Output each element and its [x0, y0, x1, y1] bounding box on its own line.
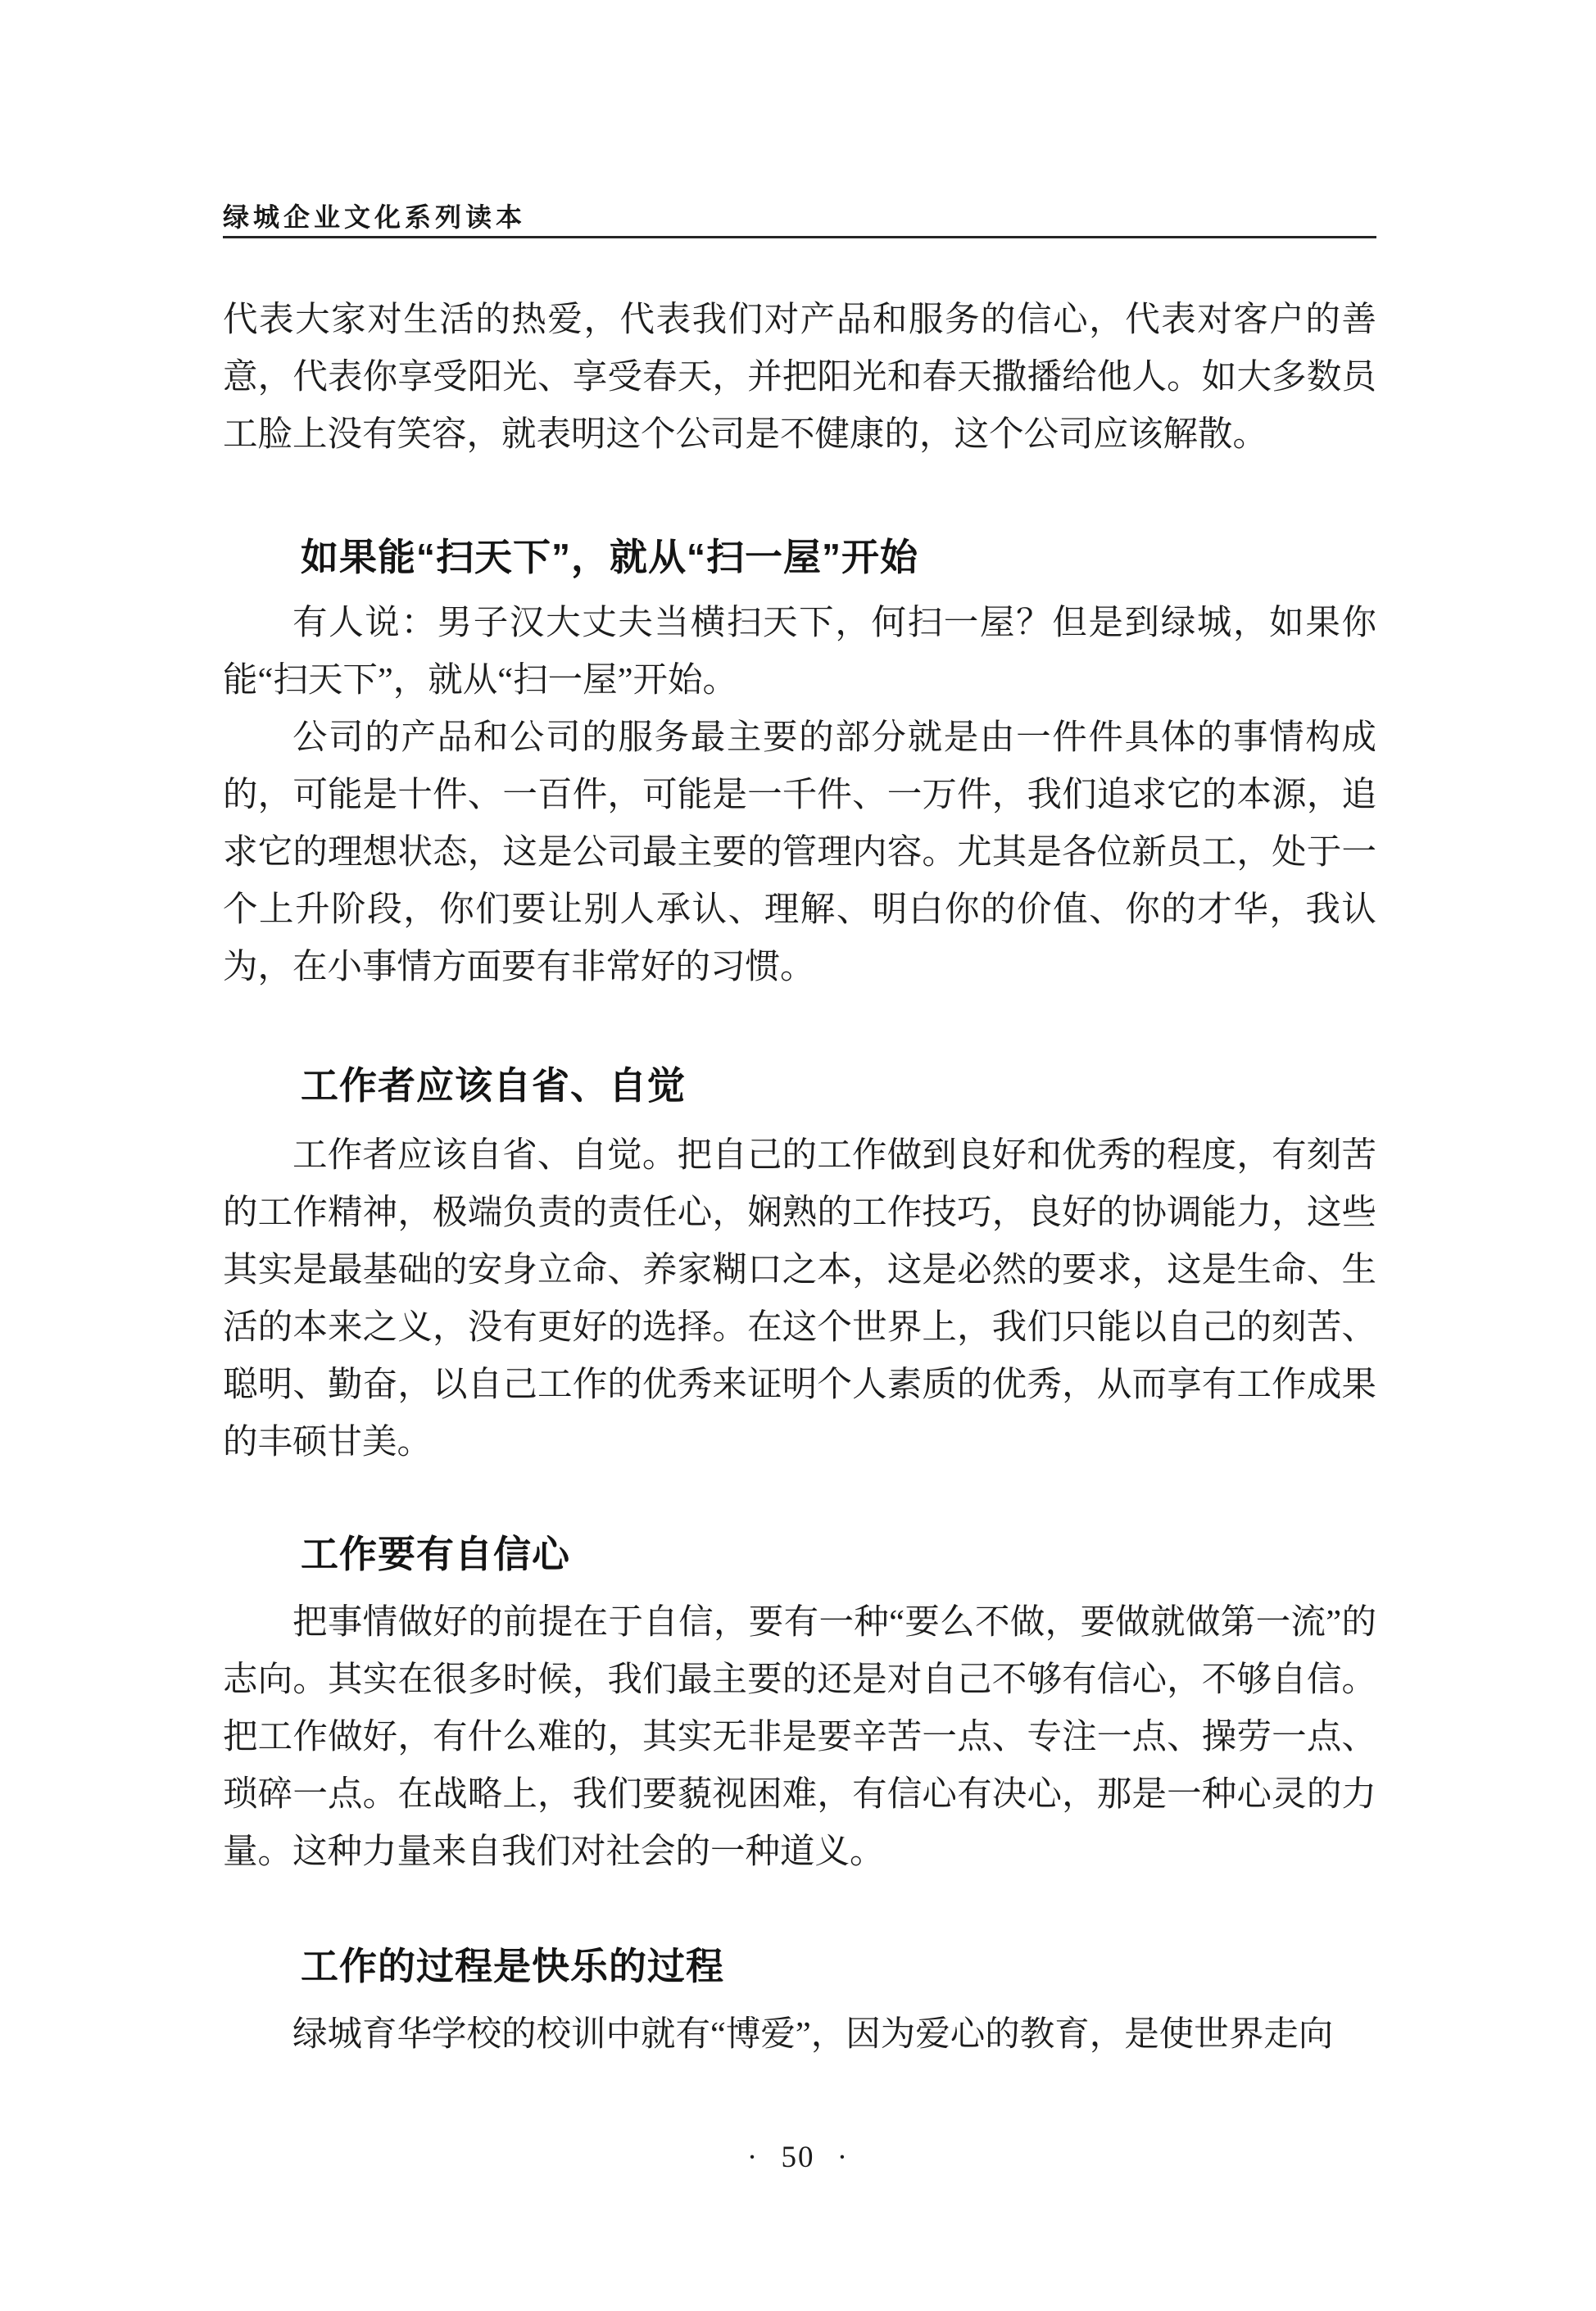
section-self-reflect-paragraphs: 工作者应该自省、自觉。把自己的工作做到良好和优秀的程度，有刻苦的工作精神，极端负… [223, 1127, 1376, 1471]
paragraph: 公司的产品和公司的服务最主要的部分就是由一件件具体的事情构成的，可能是十件、一百… [223, 709, 1376, 996]
section-heading-self-reflect: 工作者应该自省、自觉 [301, 1065, 686, 1106]
section-heading-confidence: 工作要有自信心 [301, 1534, 570, 1575]
paragraph: 有人说：男子汉大丈夫当横扫天下，何扫一屋？但是到绿城，如果你能“扫天下”，就从“… [223, 595, 1376, 709]
paragraph: 绿城育华学校的校训中就有“博爱”，因为爱心的教育，是使世界走向 [223, 2006, 1376, 2064]
section-confidence-paragraphs: 把事情做好的前提在于自信，要有一种“要么不做，要做就做第一流”的志向。其实在很多… [223, 1594, 1376, 1881]
paragraph: 工作者应该自省、自觉。把自己的工作做到良好和优秀的程度，有刻苦的工作精神，极端负… [223, 1127, 1376, 1471]
section-heading-joyful-process: 工作的过程是快乐的过程 [301, 1946, 724, 1987]
intro-paragraph-block: 代表大家对生活的热爱，代表我们对产品和服务的信心，代表对客户的善意，代表你享受阳… [223, 292, 1376, 464]
section-joyful-process-paragraphs: 绿城育华学校的校训中就有“博爱”，因为爱心的教育，是使世界走向 [223, 2006, 1376, 2064]
section-heading-sweep: 如果能“扫天下”，就从“扫一屋”开始 [301, 537, 918, 578]
paragraph: 把事情做好的前提在于自信，要有一种“要么不做，要做就做第一流”的志向。其实在很多… [223, 1594, 1376, 1881]
book-page: 绿城企业文化系列读本 代表大家对生活的热爱，代表我们对产品和服务的信心，代表对客… [0, 0, 1596, 2311]
running-header-title: 绿城企业文化系列读本 [223, 197, 526, 234]
paragraph: 代表大家对生活的热爱，代表我们对产品和服务的信心，代表对客户的善意，代表你享受阳… [223, 292, 1376, 464]
header-rule [223, 236, 1376, 238]
section-sweep-paragraphs: 有人说：男子汉大丈夫当横扫天下，何扫一屋？但是到绿城，如果你能“扫天下”，就从“… [223, 595, 1376, 996]
page-number: · 50 · [0, 2140, 1596, 2175]
